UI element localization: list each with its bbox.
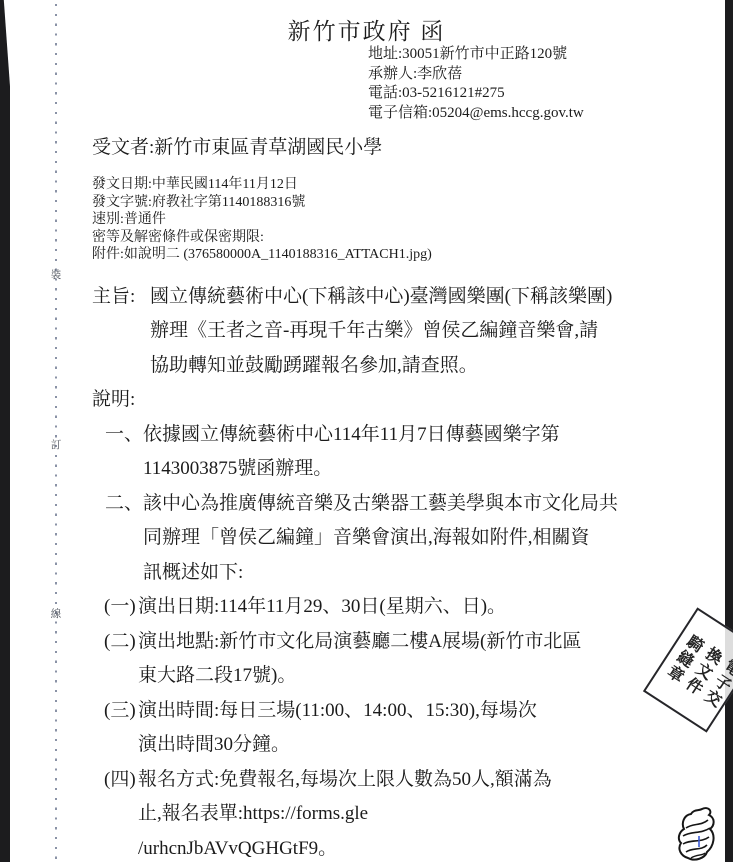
subitem-line: 報名方式:免費報名,每場次上限人數為50人,額滿為 — [138, 768, 552, 793]
item-line: 該中心為推廣傳統音樂及古樂器工藝美學與本市文化局共 — [143, 492, 618, 517]
subitem-line: 東大路二段17號)。 — [138, 664, 296, 689]
agency-contact-block: 地址:30051新竹市中正路120號 承辦人:李欣蓓 電話:03-5216121… — [368, 45, 584, 123]
subject-line: 辦理《王者之音-再現千年古樂》曾侯乙編鐘音樂會,請 — [150, 319, 598, 344]
binding-mark-ding: 訂 — [49, 441, 63, 452]
item-line: 訊概述如下: — [143, 561, 243, 586]
subitem-marker: (二) — [104, 630, 136, 655]
item-line: 依據國立傳統藝術中心114年11月7日傳藝國樂字第 — [143, 423, 560, 448]
subitem-line: 演出地點:新竹市文化局演藝廳二樓A展場(新竹市北區 — [138, 630, 581, 655]
subject-line: 國立傳統藝術中心(下稱該中心)臺灣國樂團(下稱該樂團) — [150, 285, 612, 310]
binding-mark-zhuang: 裝 — [49, 271, 63, 282]
contact-email: 電子信箱:05204@ems.hccg.gov.tw — [368, 104, 584, 124]
explanation-label: 說明: — [92, 388, 135, 413]
scan-edge-right — [725, 0, 733, 862]
subitem-line: 演出日期:114年11月29、30日(星期六、日)。 — [138, 595, 506, 620]
subitem-line: 演出時間:每日三場(11:00、14:00、15:30),每場次 — [138, 699, 537, 724]
security-classification: 密等及解密條件或保密期限: — [92, 229, 432, 247]
subitem-line: 演出時間30分鐘。 — [138, 733, 290, 758]
subitem-marker: (三) — [104, 699, 136, 724]
item-line: 同辦理「曾侯乙編鐘」音樂會演出,海報如附件,相關資 — [143, 526, 590, 551]
subject-label: 主旨: — [92, 285, 135, 310]
scan-edge-left — [0, 0, 10, 862]
scanned-official-letter: 裝 訂 線 新竹市政府 函 地址:30051新竹市中正路120號 承辦人:李欣蓓… — [0, 0, 733, 862]
binding-dotted-line — [55, 4, 57, 862]
electronic-exchange-stamp: 電子交 換文件 騎縫章 — [643, 607, 733, 732]
issue-date: 發文日期:中華民國114年11月12日 — [92, 176, 432, 194]
attachment-line: 附件:如說明二 (376580000A_1140188316_ATTACH1.j… — [92, 246, 432, 264]
recipient-line: 受文者:新竹市東區青草湖國民小學 — [92, 132, 382, 159]
document-title: 新竹市政府 函 — [0, 13, 733, 46]
agency-address: 地址:30051新竹市中正路120號 — [368, 45, 584, 65]
subitem-marker: (一) — [104, 595, 136, 620]
stamp-text: 電子交 換文件 騎縫章 — [659, 629, 733, 711]
subitem-line: 止,報名表單:https://forms.gle — [138, 802, 368, 827]
item-marker: 一、 — [105, 423, 143, 448]
item-line: 1143003875號函辦理。 — [143, 457, 332, 482]
scribble-seal-mark — [675, 806, 717, 862]
document-meta-block: 發文日期:中華民國114年11月12日 發文字號:府教社字第1140188316… — [92, 176, 432, 264]
binding-mark-xian: 線 — [49, 610, 63, 621]
document-number: 發文字號:府教社字第1140188316號 — [92, 194, 432, 212]
contact-person: 承辦人:李欣蓓 — [368, 65, 584, 85]
contact-phone: 電話:03-5216121#275 — [368, 84, 584, 104]
subitem-marker: (四) — [104, 768, 136, 793]
subitem-line: /urhcnJbAVvQGHGtF9。 — [138, 837, 337, 862]
item-marker: 二、 — [105, 492, 143, 517]
subject-line: 協助轉知並鼓勵踴躍報名參加,請查照。 — [150, 354, 478, 379]
delivery-speed: 速別:普通件 — [92, 211, 432, 229]
